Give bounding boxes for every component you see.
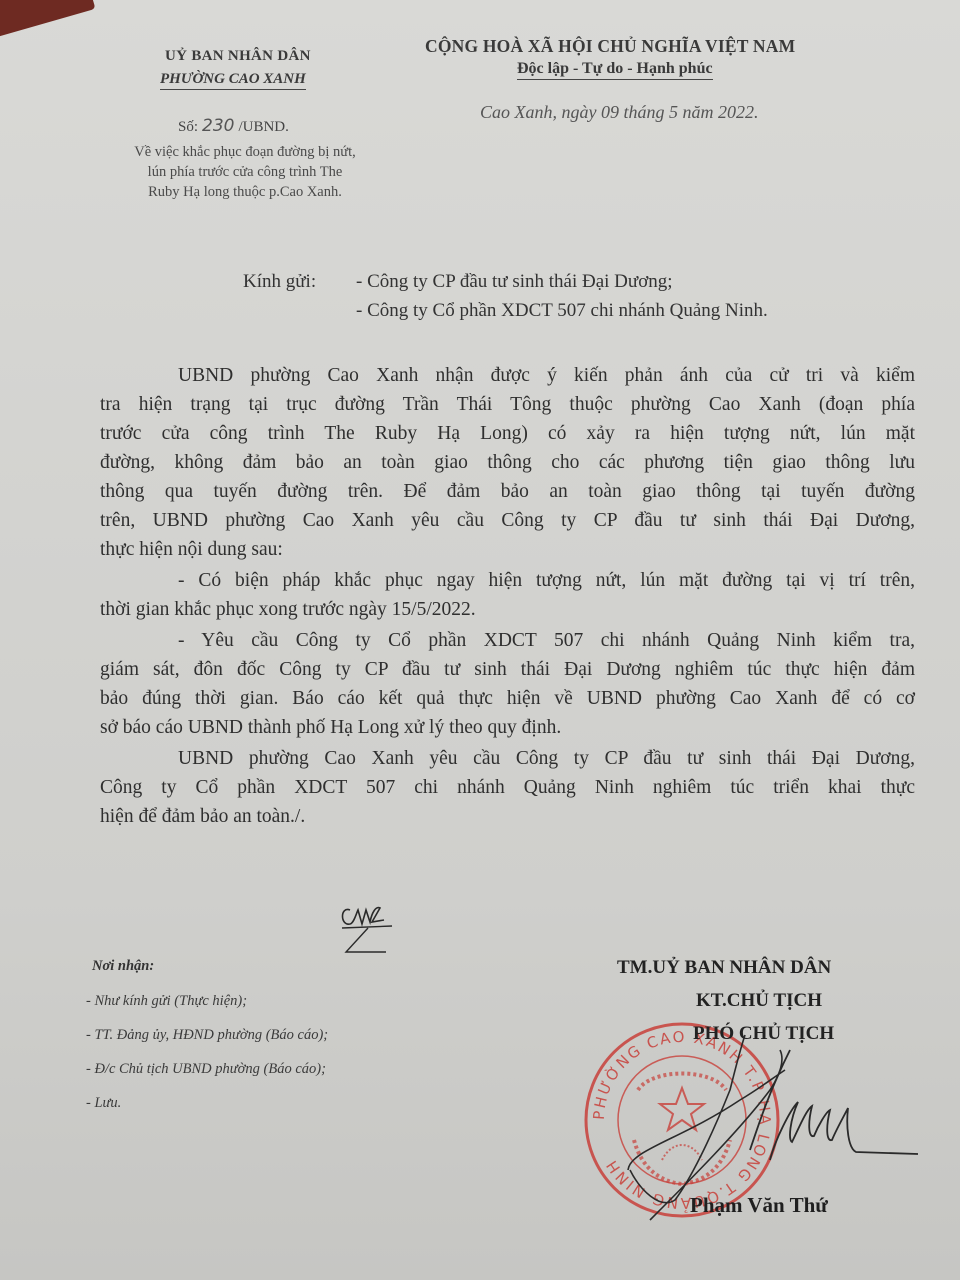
recipient-item: - Công ty CP đầu tư sinh thái Đại Dương; (356, 271, 673, 293)
body-line: thực hiện nội dung sau: (100, 535, 915, 564)
body-line: hiện để đảm bảo an toàn./. (100, 802, 915, 831)
document-subject: Về việc khắc phục đoạn đường bị nứt, lún… (95, 142, 395, 202)
issuing-org-line1: UỶ BAN NHÂN DÂN (165, 48, 311, 65)
distribution-item: - TT. Đảng ủy, HĐND phường (Báo cáo); (86, 1018, 328, 1052)
distribution-list: - Như kính gửi (Thực hiện); - TT. Đảng ủ… (86, 984, 328, 1120)
body-line: giám sát, đôn đốc Công ty CP đầu tư sinh… (100, 655, 915, 684)
doc-number-handwritten: 230 (202, 116, 234, 136)
body-line: trên, UBND phường Cao Xanh yêu cầu Công … (100, 506, 915, 535)
place-date: Cao Xanh, ngày 09 tháng 5 năm 2022. (480, 102, 759, 123)
signer-name: Phạm Văn Thứ (690, 1193, 828, 1218)
background-object (0, 0, 95, 39)
body-line: - Yêu cầu Công ty Cổ phần XDCT 507 chi n… (100, 626, 915, 655)
subject-line: Ruby Hạ long thuộc p.Cao Xanh. (95, 182, 395, 202)
distribution-title: Nơi nhận: (92, 958, 154, 975)
paragraph-1: UBND phường Cao Xanh nhận được ý kiến ph… (100, 361, 915, 564)
paragraph-3: - Yêu cầu Công ty Cổ phần XDCT 507 chi n… (100, 626, 915, 742)
national-title: CỘNG HOÀ XÃ HỘI CHỦ NGHĨA VIỆT NAM (425, 36, 795, 57)
distribution-item: - Đ/c Chủ tịch UBND phường (Báo cáo); (86, 1052, 328, 1086)
recipients-label: Kính gửi: (243, 271, 316, 293)
document-number: Số:230/UBND. (178, 116, 289, 136)
body-line: trước cửa công trình The Ruby Hạ Long) c… (100, 419, 915, 448)
body-line: UBND phường Cao Xanh yêu cầu Công ty CP … (100, 744, 915, 773)
body-line: bảo đúng thời gian. Báo cáo kết quả thực… (100, 684, 915, 713)
paragraph-2: - Có biện pháp khắc phục ngay hiện tượng… (100, 566, 915, 624)
body-line: đường, không đảm bảo an toàn giao thông … (100, 448, 915, 477)
doc-number-prefix: Số: (178, 119, 198, 135)
distribution-item: - Như kính gửi (Thực hiện); (86, 984, 328, 1018)
body-line: sở báo cáo UBND thành phố Hạ Long xử lý … (100, 713, 915, 742)
issuing-org-line2: PHƯỜNG CAO XANH (160, 71, 306, 90)
subject-line: lún phía trước cửa công trình The (95, 162, 395, 182)
signer-org-title: TM.UỶ BAN NHÂN DÂN (617, 957, 831, 979)
signer-authority: KT.CHỦ TỊCH (696, 990, 822, 1012)
national-motto: Độc lập - Tự do - Hạnh phúc (517, 60, 713, 80)
initial-signature-mark (336, 898, 416, 958)
doc-number-suffix: /UBND. (238, 119, 288, 135)
body-line: tra hiện trạng tại trục đường Trần Thái … (100, 390, 915, 419)
body-line: thông qua tuyến đường trên. Để đảm bảo a… (100, 477, 915, 506)
paragraph-4: UBND phường Cao Xanh yêu cầu Công ty CP … (100, 744, 915, 831)
recipient-item: - Công ty Cổ phần XDCT 507 chi nhánh Quả… (356, 300, 768, 322)
body-line: Công ty Cổ phần XDCT 507 chi nhánh Quảng… (100, 773, 915, 802)
body-line: UBND phường Cao Xanh nhận được ý kiến ph… (100, 361, 915, 390)
body-line: thời gian khắc phục xong trước ngày 15/5… (100, 595, 915, 624)
subject-line: Về việc khắc phục đoạn đường bị nứt, (95, 142, 395, 162)
body-line: - Có biện pháp khắc phục ngay hiện tượng… (100, 566, 915, 595)
document-body: UBND phường Cao Xanh nhận được ý kiến ph… (100, 361, 915, 831)
distribution-item: - Lưu. (86, 1086, 328, 1120)
